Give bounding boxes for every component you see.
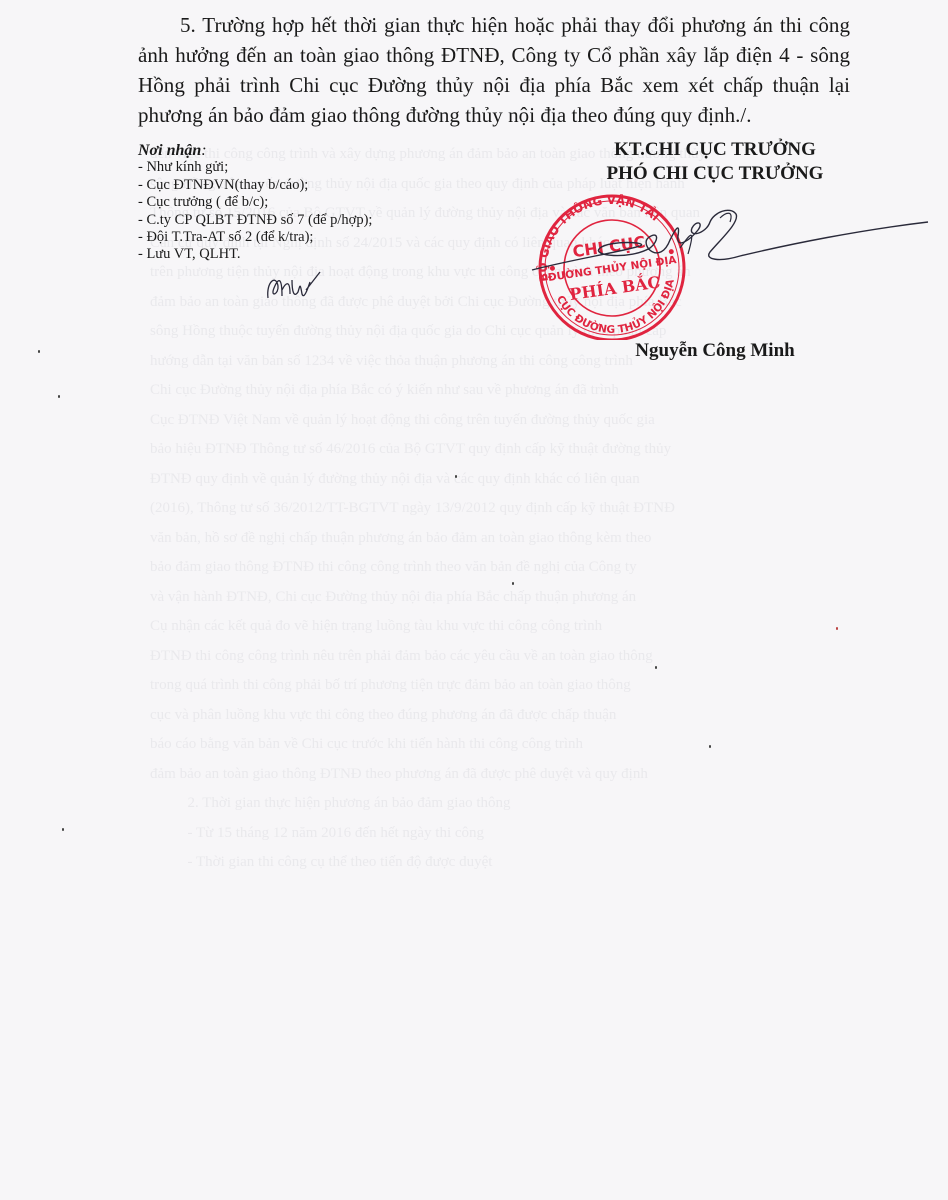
recipient-item: - Đội T.Tra-AT số 2 (để k/tra); — [138, 229, 468, 246]
scan-speck — [58, 395, 60, 398]
paragraph-5: 5. Trường hợp hết thời gian thực hiện ho… — [138, 10, 850, 130]
recipient-item: - C.ty CP QLBT ĐTNĐ số 7 (để p/hợp); — [138, 212, 468, 229]
signer-name: Nguyễn Công Minh — [560, 340, 870, 362]
handwritten-signature — [530, 200, 930, 290]
recipient-item: - Cục trưởng ( để b/c); — [138, 194, 468, 211]
scanned-document-page: đến việc thi công công trình và xây dựng… — [0, 0, 948, 1200]
recipient-item: - Cục ĐTNĐVN(thay b/cáo); — [138, 177, 468, 194]
signature-title-line2: PHÓ CHI CỤC TRƯỞNG — [560, 162, 870, 186]
scan-speck — [836, 627, 838, 630]
signature-title-line1: KT.CHI CỤC TRƯỞNG — [560, 138, 870, 162]
scan-speck — [709, 745, 711, 748]
scan-speck — [62, 828, 64, 831]
scan-speck — [512, 582, 514, 585]
recipient-item: - Như kính gửi; — [138, 159, 468, 176]
scan-speck — [38, 350, 40, 353]
recipients-title: Nơi nhận: — [138, 142, 468, 159]
scan-speck — [455, 475, 457, 478]
recipients-list: Nơi nhận: - Như kính gửi; - Cục ĐTNĐVN(t… — [138, 142, 468, 264]
scan-speck — [655, 666, 657, 669]
signature-block: KT.CHI CỤC TRƯỞNG PHÓ CHI CỤC TRƯỞNG — [560, 138, 870, 186]
recipient-item: - Lưu VT, QLHT. — [138, 246, 468, 263]
initials-signature — [262, 268, 322, 304]
